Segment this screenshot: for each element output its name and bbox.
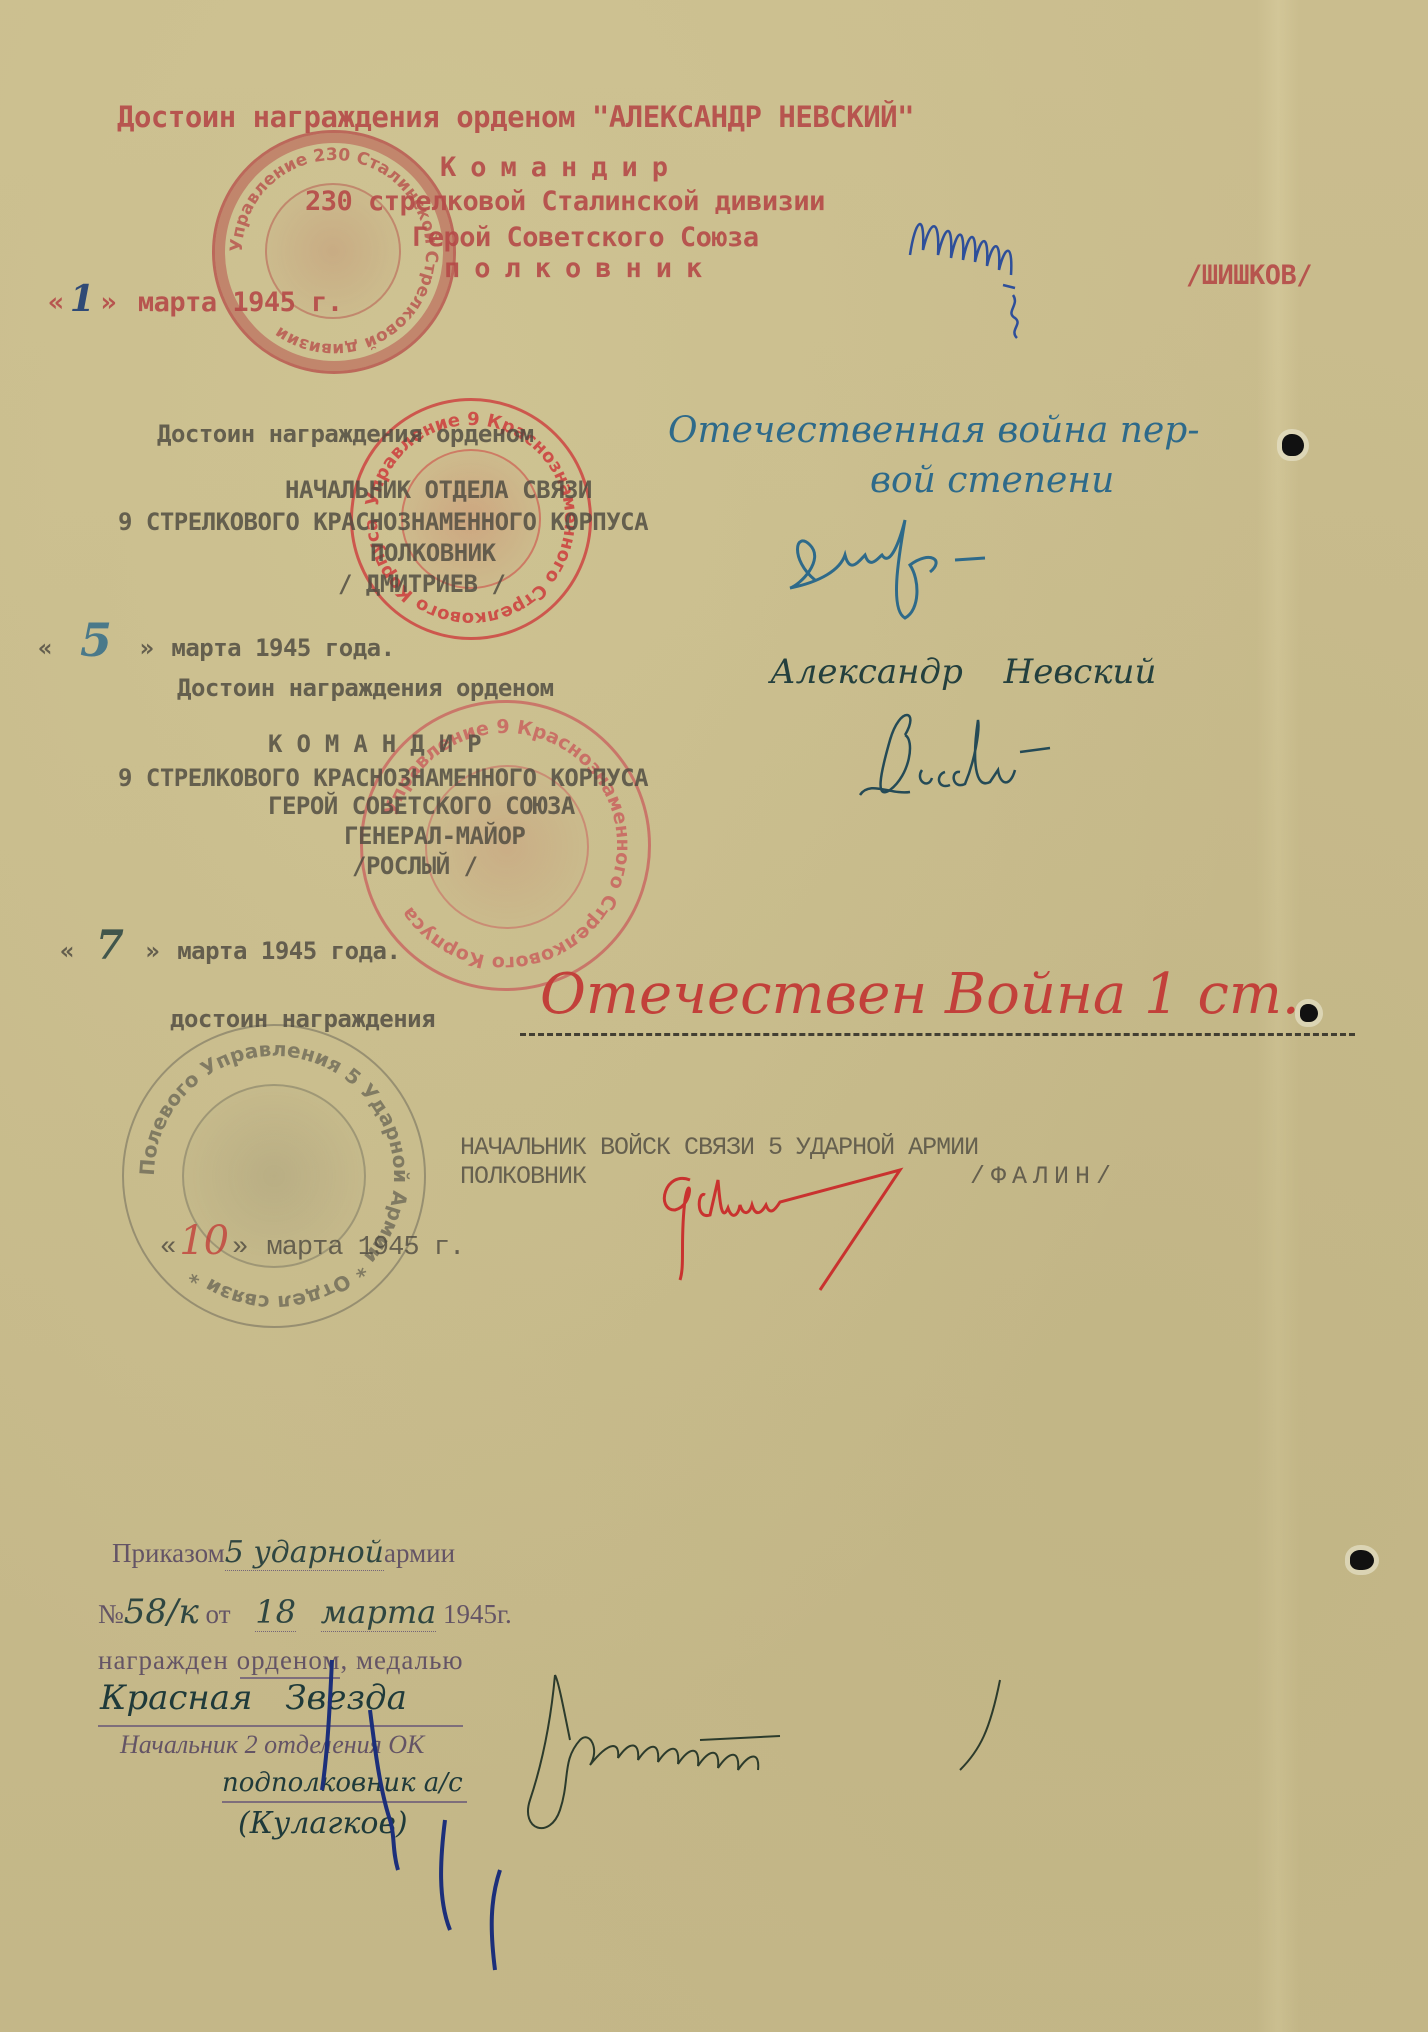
block1-title-division: 230 стрелковой Сталинской дивизии (305, 186, 825, 217)
block4-recommendation-underline (520, 1033, 1355, 1036)
quote-close: » (100, 287, 116, 318)
block1-title-commander: Командир (440, 152, 682, 183)
block4-date: «10» марта 1945 г. (160, 1218, 464, 1264)
order-prefix: Приказом (112, 1538, 225, 1568)
svg-text:Полевого Управления 5 Ударной: Полевого Управления 5 Ударной Армии * От… (135, 1037, 413, 1315)
block4-title-rank: ПОЛКОВНИК (460, 1162, 586, 1191)
block2-date-rest: марта 1945 года. (171, 634, 394, 662)
block3-signature (850, 700, 1080, 820)
block2-date-day: 5 (80, 613, 112, 667)
order-signature (300, 1670, 1000, 2030)
seal-5-shock-army-signals: Полевого Управления 5 Ударной Армии * От… (122, 1024, 426, 1328)
quote-close: » (145, 937, 159, 965)
block1-date: «1» марта 1945 г. (48, 278, 343, 320)
block2-signature-name: / ДМИТРИЕВ / (338, 570, 505, 598)
block4-recommendation-label: достоин награждения (170, 1005, 435, 1033)
order-army-handwritten: 5 ударной (225, 1535, 384, 1571)
order-from: от (206, 1599, 231, 1629)
block2-recommendation-label: Достоин награждения орденом (157, 420, 534, 448)
block2-title-line1: НАЧАЛЬНИК ОТДЕЛА СВЯЗИ (285, 476, 592, 504)
paper-hole (1282, 434, 1304, 456)
block2-recommendation-handwritten-line2: вой степени (870, 460, 1114, 501)
order-line2: №58/к от 18 марта 1945г. (98, 1592, 512, 1632)
block4-signature-name: /ФАЛИН/ (970, 1162, 1117, 1191)
block3-date: «7» марта 1945 года. (60, 922, 400, 969)
paper-hole (1300, 1004, 1318, 1022)
block3-title-commander: КОМАНДИР (268, 730, 496, 758)
block2-title-line2: 9 СТРЕЛКОВОГО КРАСНОЗНАМЕННОГО КОРПУСА (118, 508, 648, 536)
block3-title-corps: 9 СТРЕЛКОВОГО КРАСНОЗНАМЕННОГО КОРПУСА (118, 764, 648, 792)
block4-date-day: 10 (179, 1218, 228, 1264)
quote-open: « (60, 937, 74, 965)
block2-title-rank: ПОЛКОВНИК (370, 539, 496, 567)
block4-recommendation-handwritten: Отечествен Война 1 ст. (540, 962, 1300, 1027)
block1-signature-name: /ШИШКОВ/ (1186, 260, 1312, 291)
block1-title-hero: Герой Советского Союза (412, 222, 759, 253)
order-month: марта (321, 1593, 437, 1632)
block3-date-rest: марта 1945 года. (177, 937, 400, 965)
block3-title-rank: ГЕНЕРАЛ-МАЙОР (344, 822, 525, 850)
block2-signature (770, 500, 1070, 630)
block1-signature (905, 200, 1085, 340)
quote-open: « (48, 287, 64, 318)
block3-recommendation-handwritten: Александр Невский (770, 652, 1156, 692)
quote-open: « (160, 1233, 175, 1263)
block1-title-rank: полковник (444, 253, 716, 284)
quote-open: « (38, 634, 52, 662)
order-number-prefix: № (98, 1599, 124, 1629)
block1-header: Достоин награждения орденом "АЛЕКСАНДР Н… (117, 100, 914, 134)
order-number: 58/к (124, 1592, 199, 1632)
block3-signature-name: /РОСЛЫЙ / (352, 852, 478, 880)
block3-recommendation-label: Достоин награждения орденом (177, 674, 554, 702)
block3-title-hero: ГЕРОЙ СОВЕТСКОГО СОЮЗА (268, 792, 575, 820)
block4-date-rest: марта 1945 г. (267, 1233, 465, 1263)
order-day: 18 (255, 1593, 296, 1632)
seal-5-army-ring-text: Полевого Управления 5 Ударной Армии * От… (124, 1026, 424, 1326)
order-suffix: армии (384, 1538, 455, 1568)
block1-date-rest: марта 1945 г. (138, 287, 343, 318)
block1-date-day: 1 (70, 278, 95, 320)
order-line1: Приказом5 ударнойармии (112, 1535, 455, 1570)
block3-date-day: 7 (96, 922, 123, 969)
block4-signature (650, 1150, 960, 1300)
block2-date: «5» марта 1945 года. (38, 613, 395, 667)
block2-recommendation-handwritten-line1: Отечественная война пер- (668, 410, 1200, 451)
quote-close: » (139, 634, 153, 662)
order-year: 1945г. (443, 1599, 512, 1629)
quote-close: » (232, 1233, 247, 1263)
paper-hole (1350, 1550, 1374, 1570)
svg-text:Управление 230 Сталинской Стре: Управление 230 Сталинской Стрелковой див… (227, 145, 441, 359)
